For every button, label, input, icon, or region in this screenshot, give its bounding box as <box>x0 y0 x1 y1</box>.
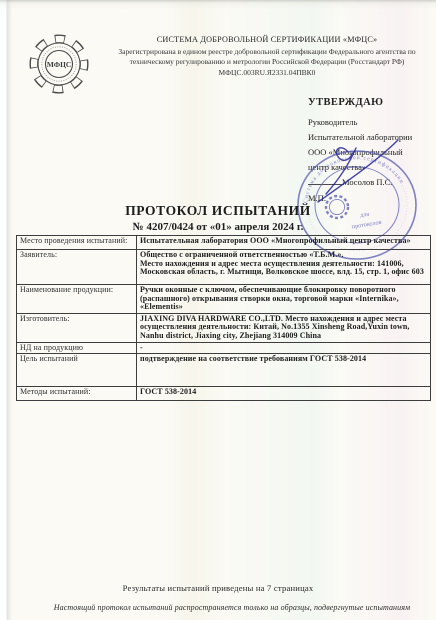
table-row: Цель испытаний подтверждение на соответс… <box>17 354 430 387</box>
title-line1: ПРОТОКОЛ ИСПЫТАНИЙ <box>0 203 436 219</box>
approve-label: УТВЕРЖДАЮ <box>308 95 433 110</box>
registration-number: МФЦС.003RU.Я2331.04ПВК0 <box>102 68 432 78</box>
mfcs-gear-logo-icon: МФЦС <box>27 32 91 96</box>
row-label: Изготовитель: <box>17 314 137 342</box>
table-row: Наименование продукции: Ручки оконные с … <box>17 285 430 314</box>
registration-text-line1: Зарегистрирована в едином реестре добров… <box>102 47 432 57</box>
row-value: Ручки оконные с ключом, обеспечивающие б… <box>137 285 430 313</box>
row-value: - <box>137 343 430 354</box>
approver-position-line1: Руководитель <box>308 115 433 130</box>
row-value: ГОСТ 538-2014 <box>137 387 430 400</box>
results-pages-line: Результаты испытаний приведены на 7 стра… <box>0 583 436 593</box>
protocol-scope-note: Настоящий протокол испытаний распростран… <box>28 603 436 612</box>
row-label: Цель испытаний <box>17 354 137 386</box>
table-row: Методы испытаний: ГОСТ 538-2014 <box>17 387 430 401</box>
protocol-table: Место проведения испытаний: Испытательна… <box>16 235 431 401</box>
registration-text-line2: техническому регулированию и метрологии … <box>102 57 432 67</box>
certification-header: СИСТЕМА ДОБРОВОЛЬНОЙ СЕРТИФИКАЦИИ «МФЦС»… <box>102 35 432 78</box>
title-number-date: № 4207/0424 от «01» апреля 2024 г. <box>0 221 436 233</box>
table-row: Заявитель: Общество с ограниченной ответ… <box>17 250 430 285</box>
row-label: Методы испытаний: <box>17 387 137 400</box>
table-row: НД на продукцию - <box>17 343 430 355</box>
document-title: ПРОТОКОЛ ИСПЫТАНИЙ № 4207/0424 от «01» а… <box>0 203 436 233</box>
row-value: Испытательная лаборатория ООО «Многопроф… <box>137 236 430 249</box>
row-label: Наименование продукции: <box>17 285 137 313</box>
row-label: Заявитель: <box>17 250 137 284</box>
table-row: Место проведения испытаний: Испытательна… <box>17 236 430 250</box>
row-value: JIAXING DIVA HARDWARE CO.,LTD. Место нах… <box>137 314 430 342</box>
table-row: Изготовитель: JIAXING DIVA HARDWARE CO.,… <box>17 314 430 343</box>
row-value: подтверждение на соответствие требования… <box>137 354 430 386</box>
row-label: Место проведения испытаний: <box>17 236 137 249</box>
row-label: НД на продукцию <box>17 343 137 354</box>
row-value: Общество с ограниченной ответственностью… <box>137 250 430 284</box>
scanned-test-protocol-page: МФЦС СИСТЕМА ДОБРОВОЛЬНОЙ СЕРТИФИКАЦИИ «… <box>0 0 436 620</box>
logo-text: МФЦС <box>47 60 71 69</box>
system-name: СИСТЕМА ДОБРОВОЛЬНОЙ СЕРТИФИКАЦИИ «МФЦС» <box>102 35 432 45</box>
